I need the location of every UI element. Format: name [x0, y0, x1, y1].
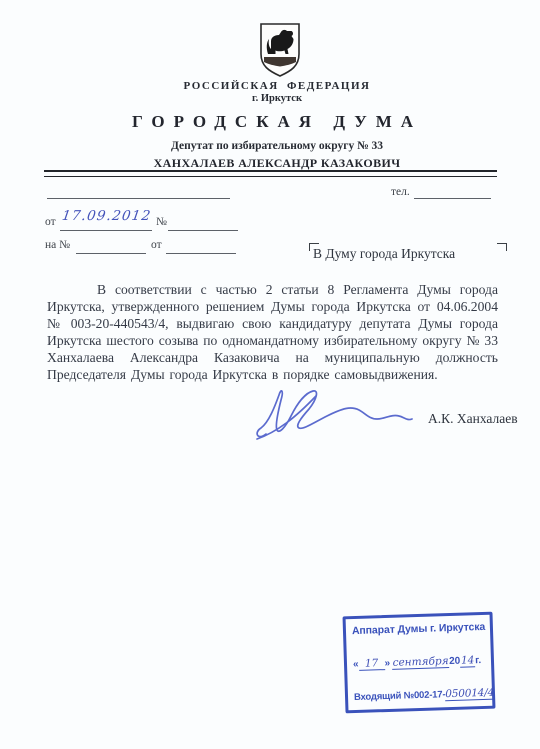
- blank-address-line: [47, 197, 230, 199]
- stamp-date-line: « 17 » сентября 20 14 г.: [353, 653, 486, 670]
- incoming-registration-stamp: Аппарат Думы г. Иркутска « 17 » сентября…: [343, 612, 496, 714]
- irkutsk-coat-of-arms-icon: [256, 22, 304, 78]
- stamp-year-suffix: г.: [475, 655, 481, 666]
- from-label: от: [45, 216, 56, 228]
- stamp-day-handwritten: 17: [358, 657, 384, 671]
- date-line: [60, 229, 152, 231]
- number-blank-line: [168, 229, 238, 231]
- stamp-title: Аппарат Думы г. Иркутска: [352, 621, 485, 637]
- stamp-incoming-number-handwritten: 050014/4: [445, 687, 494, 702]
- number-label: №: [156, 216, 167, 228]
- addressee-line: В Думу города Иркутска: [313, 246, 455, 262]
- stamp-year-prefix: 20: [449, 655, 460, 666]
- double-rule-divider: [44, 170, 497, 177]
- stamp-month-handwritten: сентября: [392, 655, 449, 670]
- signatory-name: А.К. Ханхалаев: [428, 411, 518, 427]
- tel-label: тел.: [391, 186, 410, 198]
- scanned-letter-page: РОССИЙСКАЯ ФЕДЕРАЦИЯ г. Иркутск ГОРОДСКА…: [0, 0, 540, 749]
- handwritten-date: 17.09.2012: [61, 208, 153, 224]
- header-deputy-name: ХАНХАЛАЕВ АЛЕКСАНДР КАЗАКОВИЧ: [14, 156, 540, 171]
- on-number-label: на №: [45, 239, 70, 251]
- tel-blank-line: [414, 197, 491, 199]
- addressee-corner-right: [497, 243, 507, 251]
- stamp-year-handwritten: 14: [460, 654, 475, 667]
- handwritten-signature-icon: [250, 384, 428, 448]
- header-country: РОССИЙСКАЯ ФЕДЕРАЦИЯ: [14, 80, 540, 92]
- on-from-label: от: [151, 239, 162, 251]
- on-number-blank-line: [76, 252, 146, 254]
- stamp-incoming-line: Входящий №002-17-050014/4: [354, 687, 487, 703]
- header-deputy-line: Депутат по избирательному округу № 33: [14, 140, 540, 152]
- header-organization: ГОРОДСКАЯ ДУМА: [14, 112, 540, 132]
- stamp-quote-close: »: [384, 657, 390, 668]
- on-from-blank-line: [166, 252, 236, 254]
- letter-body-text: В соответствии с частью 2 статьи 8 Регла…: [47, 281, 498, 383]
- header-city: г. Иркутск: [14, 93, 540, 104]
- stamp-incoming-label: Входящий №002-17-: [354, 689, 446, 703]
